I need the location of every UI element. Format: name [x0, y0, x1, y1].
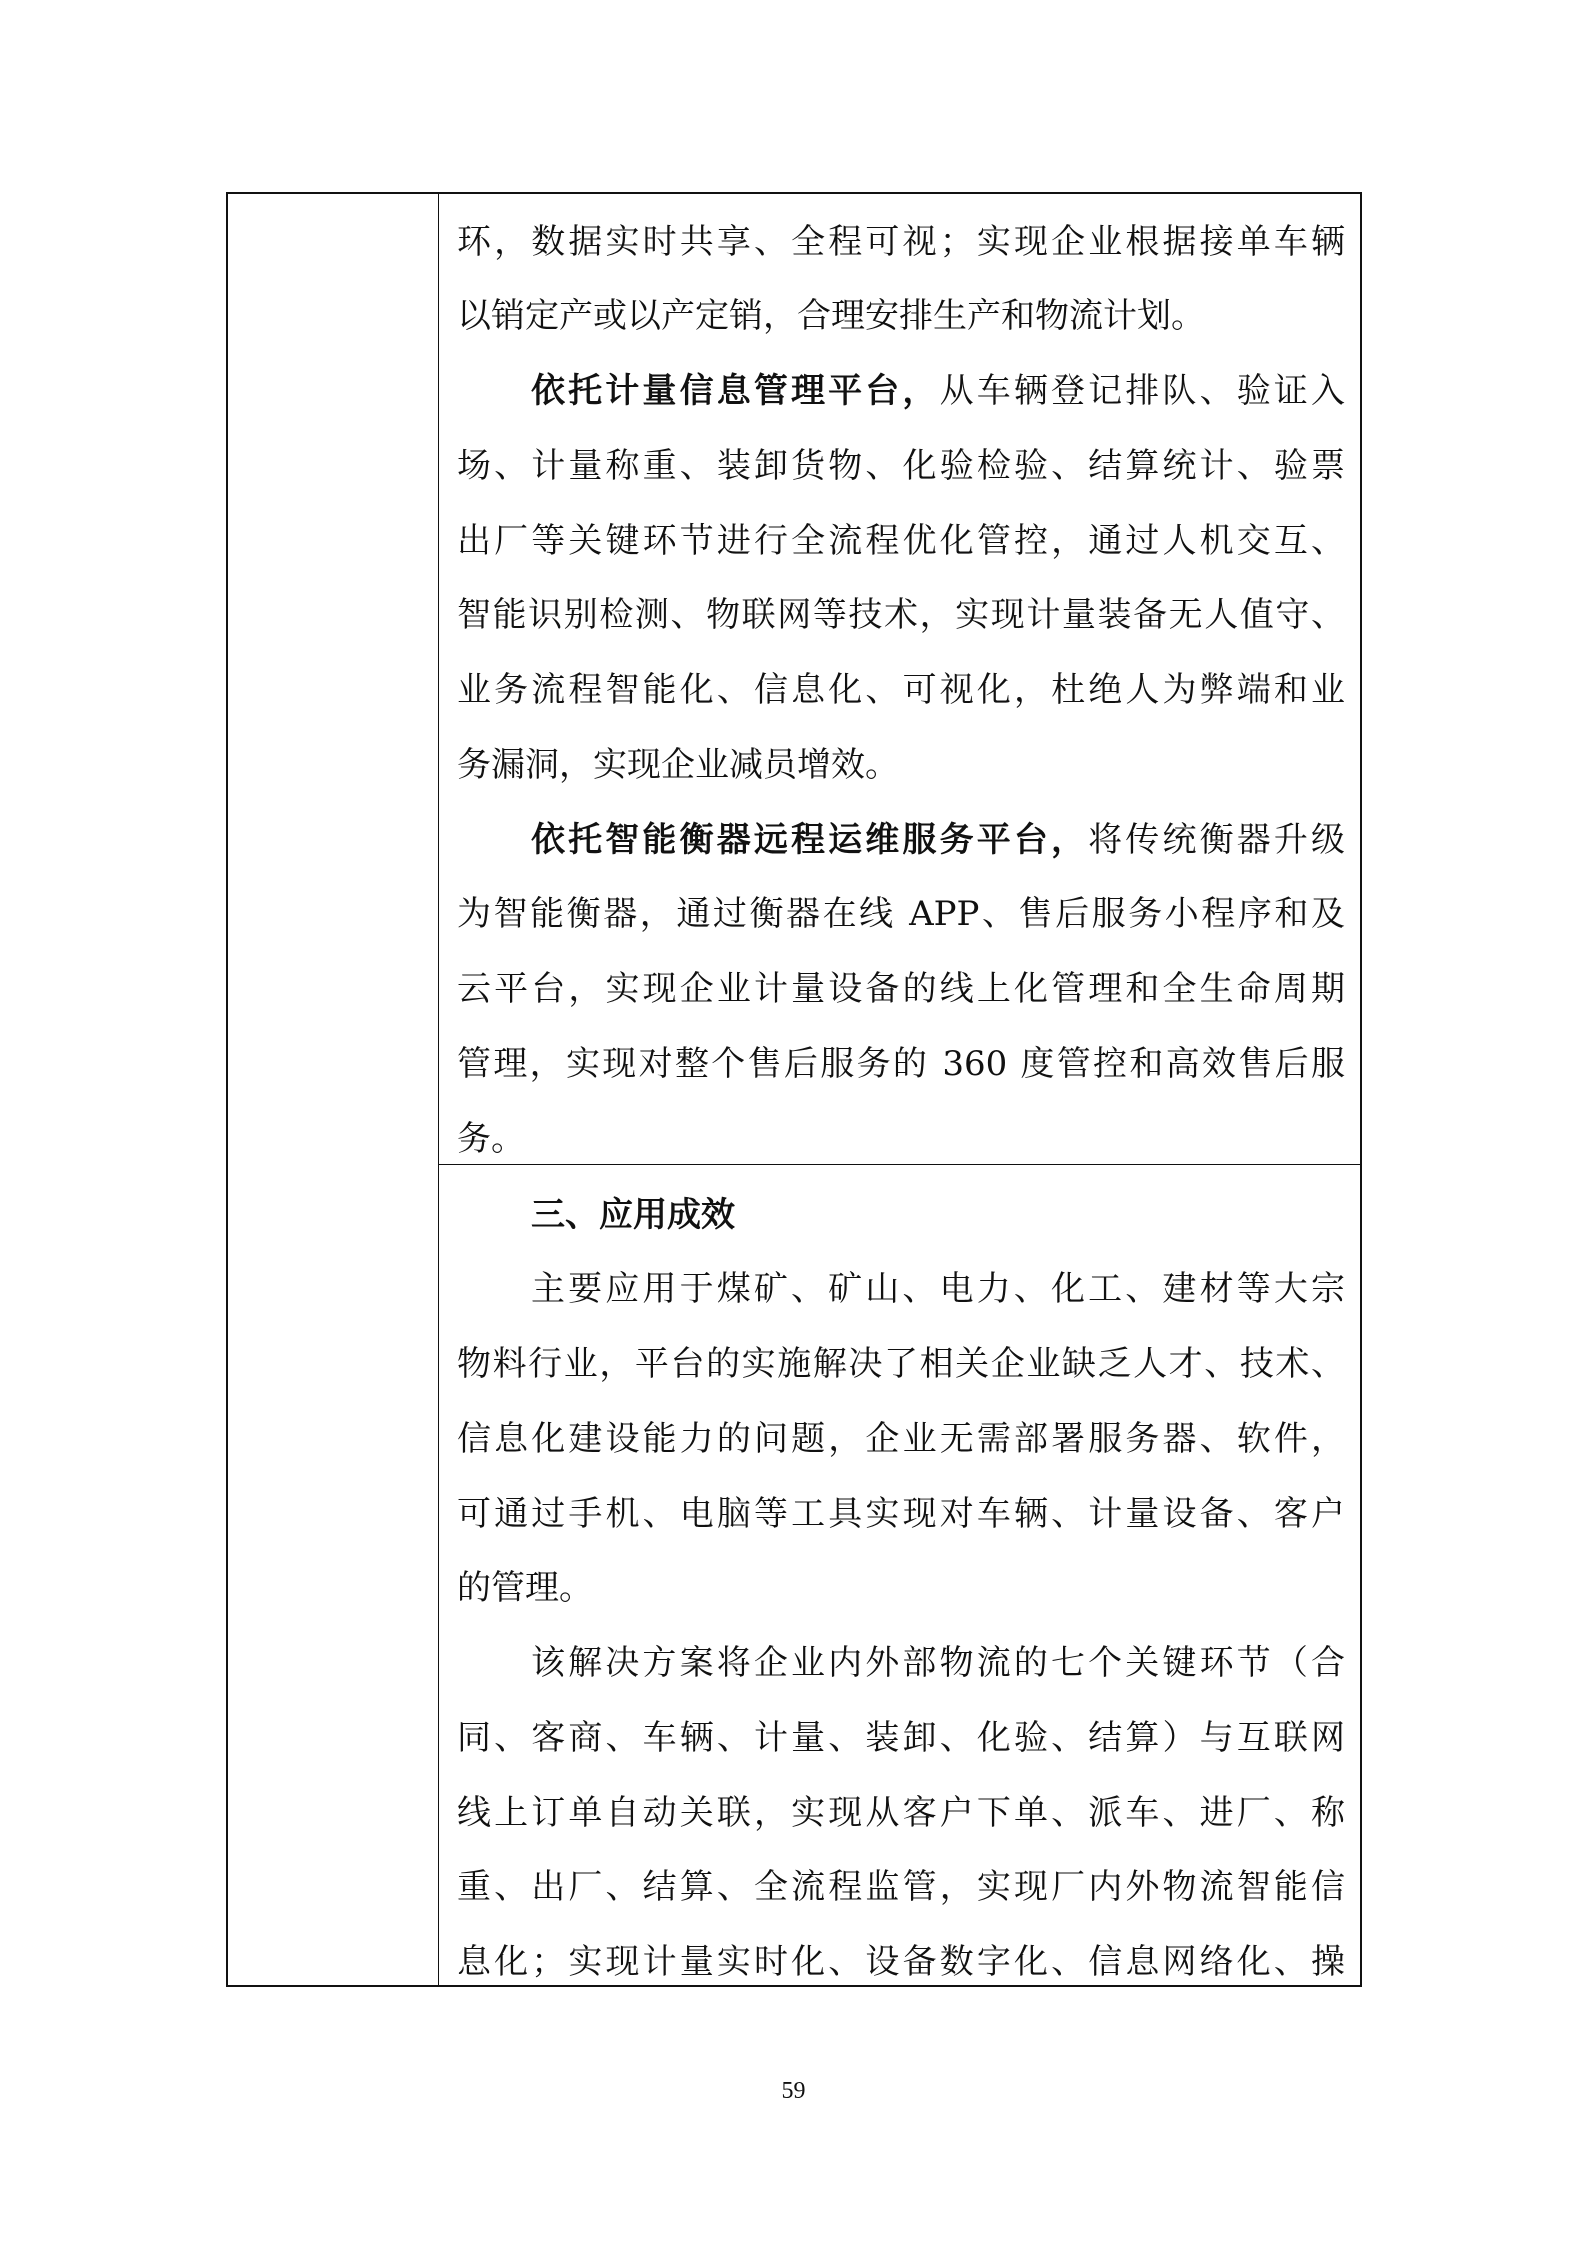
bold-lead-phrase: 依托计量信息管理平台，	[531, 371, 940, 411]
text-line: 物料行业，平台的实施解决了相关企业缺乏人才、技术、	[457, 1327, 1345, 1402]
line-text: 该解决方案将企业内外部物流的七个关键环节（合	[531, 1643, 1345, 1683]
line-text: 以销定产或以产定销，合理安排生产和物流计划。	[457, 296, 1205, 336]
line-text: 场、计量称重、装卸货物、化验检验、结算统计、验票	[457, 446, 1345, 486]
text-line: 同、客商、车辆、计量、装卸、化验、结算）与互联网	[457, 1701, 1345, 1776]
line-text: 主要应用于煤矿、矿山、电力、化工、建材等大宗	[531, 1269, 1345, 1309]
text-line: 息化；实现计量实时化、设备数字化、信息网络化、操	[457, 1925, 1345, 2000]
line-text: 为智能衡器，通过衡器在线 APP、售后服务小程序和及	[457, 894, 1345, 934]
line-text: 物料行业，平台的实施解决了相关企业缺乏人才、技术、	[457, 1344, 1345, 1384]
text-line: 务。	[457, 1102, 1345, 1177]
text-line: 主要应用于煤矿、矿山、电力、化工、建材等大宗	[531, 1252, 1345, 1327]
line-text: 务。	[457, 1119, 525, 1159]
text-line: 出厂等关键环节进行全流程优化管控，通过人机交互、	[457, 504, 1345, 579]
text-line: 管理，实现对整个售后服务的 360 度管控和高效售后服	[457, 1027, 1345, 1102]
line-text: 信息化建设能力的问题，企业无需部署服务器、软件，	[457, 1419, 1345, 1459]
section-heading: 三、应用成效	[531, 1178, 1345, 1253]
text-line: 依托智能衡器远程运维服务平台，将传统衡器升级	[531, 803, 1345, 878]
text-line: 以销定产或以产定销，合理安排生产和物流计划。	[457, 279, 1345, 354]
text-line: 可通过手机、电脑等工具实现对车辆、计量设备、客户	[457, 1477, 1345, 1552]
line-text: 可通过手机、电脑等工具实现对车辆、计量设备、客户	[457, 1494, 1345, 1534]
page-number: 59	[0, 2074, 1587, 2108]
table-left-cell	[228, 194, 438, 1985]
line-text: 的管理。	[457, 1568, 593, 1608]
text-line: 线上订单自动关联，实现从客户下单、派车、进厂、称	[457, 1776, 1345, 1851]
text-line: 信息化建设能力的问题，企业无需部署服务器、软件，	[457, 1402, 1345, 1477]
text-line: 场、计量称重、装卸货物、化验检验、结算统计、验票	[457, 429, 1345, 504]
text-line: 云平台，实现企业计量设备的线上化管理和全生命周期	[457, 952, 1345, 1027]
text-line: 重、出厂、结算、全流程监管，实现厂内外物流智能信	[457, 1850, 1345, 1925]
text-line: 为智能衡器，通过衡器在线 APP、售后服务小程序和及	[457, 877, 1345, 952]
line-text: 管理，实现对整个售后服务的 360 度管控和高效售后服	[457, 1044, 1345, 1084]
line-text: 将传统衡器升级	[1088, 820, 1345, 860]
line-text: 从车辆登记排队、验证入	[940, 371, 1345, 411]
bold-lead-phrase: 依托智能衡器远程运维服务平台，	[531, 820, 1088, 860]
line-text: 智能识别检测、物联网等技术，实现计量装备无人值守、	[457, 595, 1345, 635]
column-divider	[438, 194, 439, 1985]
text-line: 环，数据实时共享、全程可视；实现企业根据接单车辆	[457, 205, 1345, 280]
document-page: 环，数据实时共享、全程可视；实现企业根据接单车辆以销定产或以产定销，合理安排生产…	[0, 0, 1587, 2245]
line-text: 息化；实现计量实时化、设备数字化、信息网络化、操	[457, 1942, 1345, 1982]
line-text: 同、客商、车辆、计量、装卸、化验、结算）与互联网	[457, 1718, 1345, 1758]
line-text: 业务流程智能化、信息化、可视化，杜绝人为弊端和业	[457, 670, 1345, 710]
text-line: 依托计量信息管理平台，从车辆登记排队、验证入	[531, 354, 1345, 429]
text-line: 智能识别检测、物联网等技术，实现计量装备无人值守、	[457, 578, 1345, 653]
text-line: 务漏洞，实现企业减员增效。	[457, 728, 1345, 803]
line-text: 环，数据实时共享、全程可视；实现企业根据接单车辆	[457, 222, 1345, 262]
text-line: 的管理。	[457, 1551, 1345, 1626]
text-line: 该解决方案将企业内外部物流的七个关键环节（合	[531, 1626, 1345, 1701]
line-text: 重、出厂、结算、全流程监管，实现厂内外物流智能信	[457, 1867, 1345, 1907]
line-text: 出厂等关键环节进行全流程优化管控，通过人机交互、	[457, 521, 1345, 561]
content-table: 环，数据实时共享、全程可视；实现企业根据接单车辆以销定产或以产定销，合理安排生产…	[226, 192, 1362, 1987]
line-text: 线上订单自动关联，实现从客户下单、派车、进厂、称	[457, 1793, 1345, 1833]
line-text: 务漏洞，实现企业减员增效。	[457, 745, 899, 785]
text-line: 业务流程智能化、信息化、可视化，杜绝人为弊端和业	[457, 653, 1345, 728]
line-text: 云平台，实现企业计量设备的线上化管理和全生命周期	[457, 969, 1345, 1009]
